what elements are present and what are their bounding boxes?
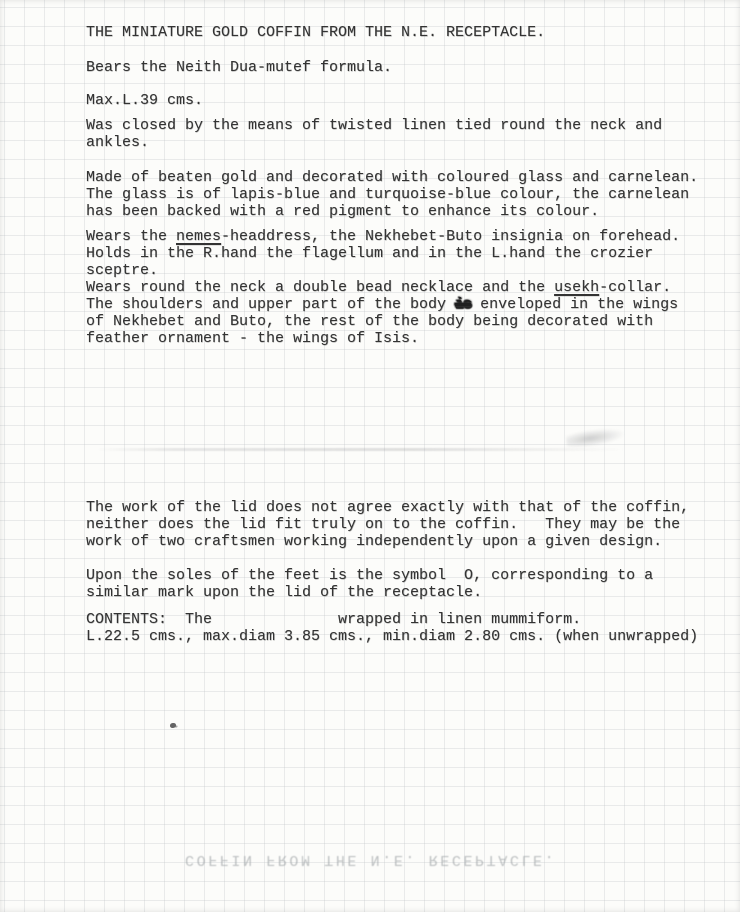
paragraph-soles-symbol: Upon the soles of the feet is the symbol… — [86, 567, 653, 601]
graph-paper-page: THE MINIATURE GOLD COFFIN FROM THE N.E. … — [0, 0, 740, 912]
paragraph-max-length: Max.L.39 cms. — [86, 92, 203, 109]
paragraph-closure: Was closed by the means of twisted linen… — [86, 117, 662, 151]
paragraph-contents: CONTENTS: The wrapped in linen mummiform… — [86, 611, 698, 645]
paragraph-materials: Made of beaten gold and decorated with c… — [86, 169, 698, 220]
paragraph-formula: Bears the Neith Dua-mutef formula. — [86, 59, 392, 76]
underlined-term-usekh: usekh — [554, 279, 599, 296]
ink-speck — [170, 723, 176, 728]
show-through-text: COFFIN FROM THE N.E. RECEPTACLE. — [185, 851, 556, 868]
paragraph-regalia: Wears the nemes-headdress, the Nekhebet-… — [86, 228, 680, 347]
fold-streak — [95, 448, 625, 451]
underlined-term-nemes: nemes — [176, 228, 221, 245]
regalia-text: Wears the — [86, 228, 176, 245]
page-title: THE MINIATURE GOLD COFFIN FROM THE N.E. … — [86, 24, 545, 41]
ink-smudge — [565, 425, 627, 450]
paragraph-lid-fit: The work of the lid does not agree exact… — [86, 499, 689, 550]
struck-out-word: is — [455, 296, 471, 313]
